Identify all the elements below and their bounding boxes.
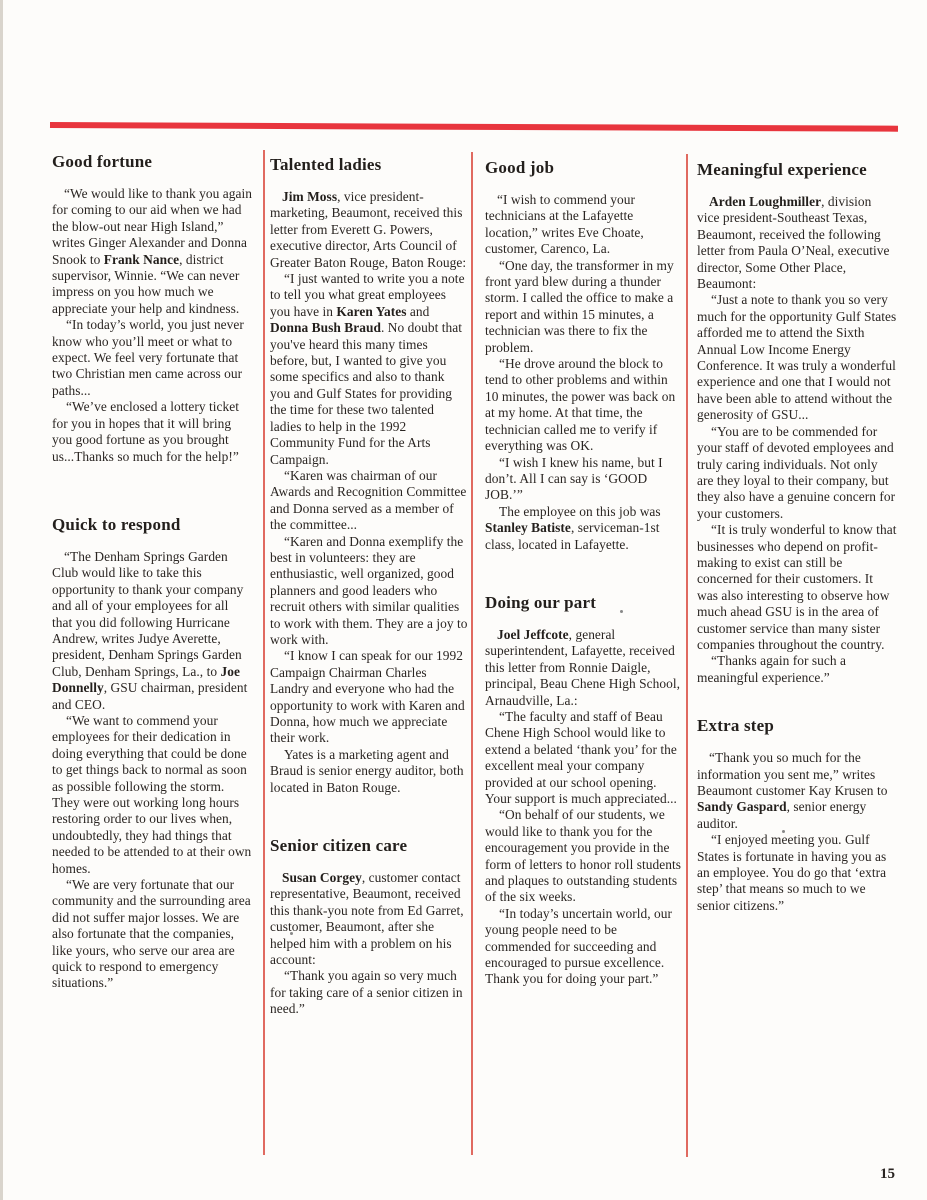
article-doing-our-part: Doing our partJoel Jeffcote, general sup… (485, 593, 683, 988)
paragraph-text: “The Denham Springs Garden Club would li… (52, 549, 243, 679)
article-paragraph: “Karen was chairman of our Awards and Re… (270, 468, 468, 534)
paragraph-text: “We want to commend your employees for t… (52, 713, 251, 876)
paragraph-text: “In today’s world, you just never know w… (52, 317, 244, 398)
article-headline: Meaningful experience (697, 160, 897, 180)
article-paragraph: “We’ve enclosed a lottery ticket for you… (52, 399, 252, 465)
article-paragraph: Susan Corgey, customer contact represent… (270, 870, 468, 968)
paragraph-text: “He drove around the block to tend to ot… (485, 356, 675, 453)
column-divider-1 (263, 150, 265, 1155)
article-paragraph: “The faculty and staff of Beau Chene Hig… (485, 709, 683, 807)
article-headline: Talented ladies (270, 155, 468, 175)
article-meaningful-experience: Meaningful experienceArden Loughmiller, … (697, 160, 897, 686)
paragraph-text: “We are very fortunate that our communit… (52, 877, 251, 990)
article-good-job: Good job“I wish to commend your technici… (485, 158, 683, 553)
paragraph-text: “It is truly wonderful to know that busi… (697, 522, 896, 652)
article-paragraph: Joel Jeffcote, general superintendent, L… (485, 627, 683, 709)
column-3: Good job“I wish to commend your technici… (485, 158, 683, 1018)
paragraph-text: “Just a note to thank you so very much f… (697, 292, 896, 422)
paragraph-text: “Karen and Donna exemplify the best in v… (270, 534, 468, 647)
article-paragraph: “I wish to commend your technicians at t… (485, 192, 683, 258)
employee-name: Karen Yates (336, 304, 406, 319)
paragraph-text: “Thank you again so very much for taking… (270, 968, 463, 1016)
paragraph-text: “I enjoyed meeting you. Gulf States is f… (697, 832, 886, 913)
article-paragraph: Jim Moss, vice president-marketing, Beau… (270, 189, 468, 271)
paragraph-text: The employee on this job was (499, 504, 661, 519)
article-headline: Extra step (697, 716, 897, 736)
article-paragraph: “Karen and Donna exemplify the best in v… (270, 534, 468, 649)
article-paragraph: “I just wanted to write you a note to te… (270, 271, 468, 468)
employee-name: Stanley Batiste (485, 520, 571, 535)
employee-name: Sandy Gaspard (697, 799, 787, 814)
article-paragraph: “We want to commend your employees for t… (52, 713, 252, 877)
paragraph-text: “On behalf of our students, we would lik… (485, 807, 681, 904)
article-headline: Senior citizen care (270, 836, 468, 856)
paragraph-text: and (407, 304, 430, 319)
employee-name: Arden Loughmiller (709, 194, 821, 209)
page-number: 15 (880, 1166, 895, 1183)
article-paragraph: Arden Loughmiller, division vice preside… (697, 194, 897, 292)
article-headline: Good job (485, 158, 683, 178)
article-paragraph: “The Denham Springs Garden Club would li… (52, 549, 252, 713)
article-paragraph: The employee on this job was Stanley Bat… (485, 504, 683, 553)
paragraph-text: “Thanks again for such a meaningful expe… (697, 653, 846, 684)
employee-name: Donna Bush Braud (270, 320, 381, 335)
column-divider-3 (686, 154, 688, 1157)
employee-name: Joel Jeffcote (497, 627, 569, 642)
article-senior-citizen-care: Senior citizen careSusan Corgey, custome… (270, 836, 468, 1018)
paragraph-text: “Thank you so much for the information y… (697, 750, 887, 798)
article-paragraph: Yates is a marketing agent and Braud is … (270, 747, 468, 796)
article-paragraph: “In today’s uncertain world, our young p… (485, 906, 683, 988)
article-paragraph: “On behalf of our students, we would lik… (485, 807, 683, 905)
paragraph-text: “In today’s uncertain world, our young p… (485, 906, 672, 987)
article-paragraph: “I know I can speak for our 1992 Campaig… (270, 648, 468, 746)
print-speck (782, 830, 785, 833)
paragraph-text: “The faculty and staff of Beau Chene Hig… (485, 709, 677, 806)
paragraph-text: “I know I can speak for our 1992 Campaig… (270, 648, 465, 745)
article-paragraph: “Thank you so much for the information y… (697, 750, 897, 832)
article-paragraph: “He drove around the block to tend to ot… (485, 356, 683, 454)
paragraph-text: Yates is a marketing agent and Braud is … (270, 747, 464, 795)
article-quick-to-respond: Quick to respond“The Denham Springs Gard… (52, 515, 252, 992)
article-headline: Good fortune (52, 152, 252, 172)
column-divider-2 (471, 152, 473, 1155)
accent-rule (50, 122, 898, 132)
article-talented-ladies: Talented ladiesJim Moss, vice president-… (270, 155, 468, 796)
paragraph-text: “I wish to commend your technicians at t… (485, 192, 644, 256)
employee-name: Jim Moss (282, 189, 337, 204)
article-paragraph: “One day, the transformer in my front ya… (485, 258, 683, 356)
employee-name: Susan Corgey (282, 870, 362, 885)
print-speck (290, 932, 293, 935)
article-paragraph: “Thank you again so very much for taking… (270, 968, 468, 1017)
paragraph-text: “One day, the transformer in my front ya… (485, 258, 674, 355)
article-paragraph: “Just a note to thank you so very much f… (697, 292, 897, 423)
article-headline: Quick to respond (52, 515, 252, 535)
paragraph-text: “Karen was chairman of our Awards and Re… (270, 468, 466, 532)
article-paragraph: “Thanks again for such a meaningful expe… (697, 653, 897, 686)
paragraph-text: “We’ve enclosed a lottery ticket for you… (52, 399, 239, 463)
employee-name: Frank Nance (104, 252, 179, 267)
article-headline: Doing our part (485, 593, 683, 613)
paragraph-text: “I wish I knew his name, but I don’t. Al… (485, 455, 663, 503)
article-good-fortune: Good fortune“We would like to thank you … (52, 152, 252, 465)
paragraph-text: . No doubt that you've heard this many t… (270, 320, 462, 466)
article-paragraph: “You are to be commended for your staff … (697, 424, 897, 522)
article-paragraph: “I enjoyed meeting you. Gulf States is f… (697, 832, 897, 914)
column-2: Talented ladiesJim Moss, vice president-… (270, 155, 468, 1048)
print-speck (620, 610, 623, 613)
article-paragraph: “We would like to thank you again for co… (52, 186, 252, 317)
page-edge-shadow (0, 0, 3, 1200)
paragraph-text: “You are to be commended for your staff … (697, 424, 895, 521)
article-extra-step: Extra step“Thank you so much for the inf… (697, 716, 897, 914)
article-paragraph: “In today’s world, you just never know w… (52, 317, 252, 399)
article-paragraph: “I wish I knew his name, but I don’t. Al… (485, 455, 683, 504)
column-1: Good fortune“We would like to thank you … (52, 152, 252, 1022)
article-paragraph: “It is truly wonderful to know that busi… (697, 522, 897, 653)
article-paragraph: “We are very fortunate that our communit… (52, 877, 252, 992)
column-4: Meaningful experienceArden Loughmiller, … (697, 160, 897, 944)
